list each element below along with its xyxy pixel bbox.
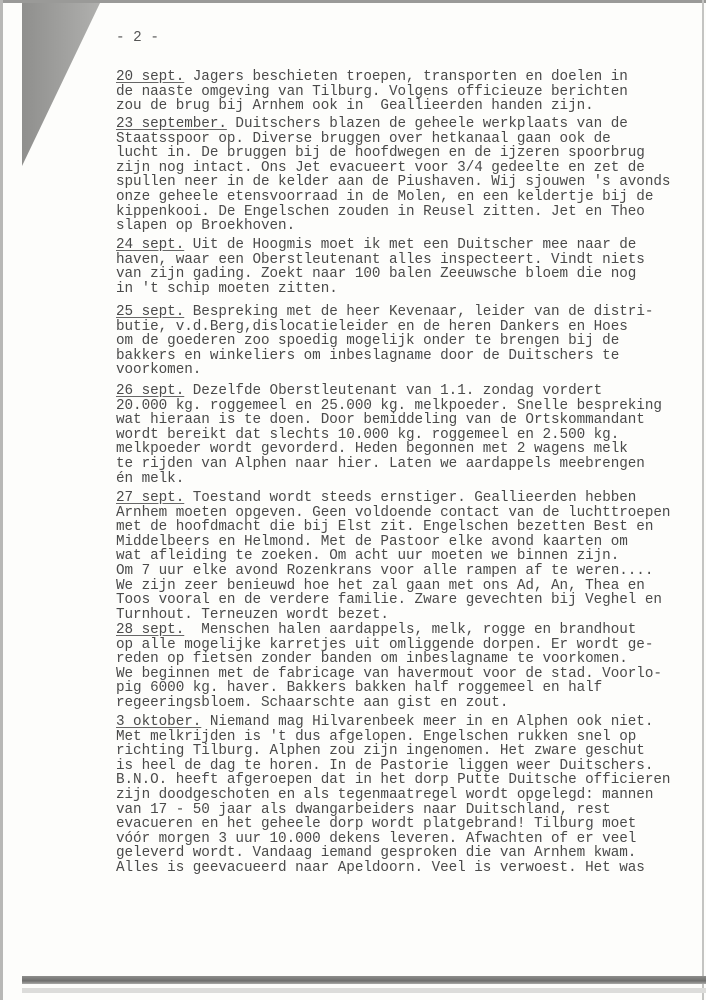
text-line: geleverd wordt. Vandaag iemand gesproken… [116,846,706,861]
entry-text: wat afleiding te zoeken. Om acht uur moe… [116,548,619,564]
scan-bottom-bar [22,976,706,984]
text-line: spullen neer in de kelder aan de Piushav… [116,175,706,190]
diary-entry: 3 oktober. Niemand mag Hilvarenbeek meer… [116,715,706,876]
text-line: Om 7 uur elke avond Rozenkrans voor alle… [116,564,706,579]
entry-text: Om 7 uur elke avond Rozenkrans voor alle… [116,563,653,579]
text-line: reden op fietsen zonder banden om inbesl… [116,652,706,667]
text-line: 27 sept. Toestand wordt steeds ernstiger… [116,491,706,506]
text-line: richting Tilburg. Alphen zou zijn ingeno… [116,744,706,759]
text-line: Met melkrijden is 't dus afgelopen. Enge… [116,730,706,745]
entry-text: regeeringsbloem. Schaarschte aan gist en… [116,695,508,711]
text-line: de naaste omgeving van Tilburg. Volgens … [116,85,706,100]
diary-entry: 23 september. Duitschers blazen de gehee… [116,117,706,234]
entry-text: bakkers en winkeliers om inbeslagname do… [116,348,619,364]
text-line: Toos vooral en de verdere familie. Zware… [116,593,706,608]
entry-text: pig 6000 kg. haver. Bakkers bakken half … [116,680,602,696]
entry-text: Staatsspoor op. Diverse bruggen over het… [116,131,611,147]
text-line: 3 oktober. Niemand mag Hilvarenbeek meer… [116,715,706,730]
entry-text: melkpoeder wordt gevorderd. Heden begonn… [116,441,628,457]
text-line: 23 september. Duitschers blazen de gehee… [116,117,706,132]
entry-text: voorkomen. [116,362,201,378]
text-line: zijn doodgeschoten en als tegenmaatregel… [116,788,706,803]
text-line: in 't schip moeten zitten. [116,282,706,297]
entry-text: om de goederen zoo spoedig mogelijk onde… [116,333,619,349]
entry-text: én melk. [116,471,184,487]
entry-text: de naaste omgeving van Tilburg. Volgens … [116,84,628,100]
text-line: melkpoeder wordt gevorderd. Heden begonn… [116,442,706,457]
text-line: slapen op Broekhoven. [116,219,706,234]
text-line: wat afleiding te zoeken. Om acht uur moe… [116,549,706,564]
text-line: Turnhout. Terneuzen wordt bezet. [116,608,706,623]
diary-entry: 24 sept. Uit de Hoogmis moet ik met een … [116,238,706,296]
text-line: 25 sept. Bespreking met de heer Kevenaar… [116,305,706,320]
text-line: We beginnen met de fabricage van havermo… [116,667,706,682]
entry-text: haven, waar een Oberstleutenant alles in… [116,252,645,268]
text-line: zou de brug bij Arnhem ook in Geallieerd… [116,99,706,114]
text-line: wat hieraan is te doen. Door bemiddeling… [116,413,706,428]
entry-text: Niemand mag Hilvarenbeek meer in en Alph… [201,714,653,730]
entry-text: B.N.O. heeft afgeroepen dat in het dorp … [116,772,670,788]
text-line: is heel de dag te horen. In de Pastorie … [116,759,706,774]
text-line: pig 6000 kg. haver. Bakkers bakken half … [116,681,706,696]
text-line: wordt bereikt dat slechts 10.000 kg. rog… [116,428,706,443]
entry-text: zijn doodgeschoten en als tegenmaatregel… [116,787,653,803]
entry-text: Duitschers blazen de geheele werkplaats … [227,116,628,132]
entry-text: op alle mogelijke karretjes uit omliggen… [116,637,653,653]
entry-text: van zijn gading. Zoekt naar 100 balen Ze… [116,266,636,282]
diary-entry: 20 sept. Jagers beschieten troepen, tran… [116,70,706,114]
text-line: regeeringsbloem. Schaarschte aan gist en… [116,696,706,711]
entry-text: lucht in. De bruggen bij de hoofdwegen e… [116,145,645,161]
entry-text: spullen neer in de kelder aan de Piushav… [116,174,670,190]
entry-text: is heel de dag te horen. In de Pastorie … [116,758,653,774]
diary-entry: 27 sept. Toestand wordt steeds ernstiger… [116,491,706,622]
page-number: - 2 - [116,30,159,46]
entry-text: wordt bereikt dat slechts 10.000 kg. rog… [116,427,619,443]
entry-date: 26 sept. [116,383,184,399]
entry-text: onze geheele etensvoorraad in de Molen, … [116,189,653,205]
scan-bottom-strip [22,988,706,993]
text-line: evacueren en het geheele dorp wordt plat… [116,817,706,832]
entry-date: 23 september. [116,116,227,132]
text-line: én melk. [116,472,706,487]
entry-text: Dezelfde Oberstleutenant van 1.1. zondag… [184,383,602,399]
text-line: vóór morgen 3 uur 10.000 dekens leveren.… [116,832,706,847]
entry-text: Jagers beschieten troepen, transporten e… [184,69,628,85]
text-line: 20 sept. Jagers beschieten troepen, tran… [116,70,706,85]
entry-text: butie, v.d.Berg,dislocatieleider en de h… [116,319,628,335]
entry-text: Turnhout. Terneuzen wordt bezet. [116,607,389,623]
entry-text: Bespreking met de heer Kevenaar, leider … [184,304,653,320]
entry-date: 28 sept. [116,622,184,638]
text-line: met de hoofdmacht die bij Elst zit. Enge… [116,520,706,535]
text-line: zijn nog intact. Ons Jet evacueert voor … [116,161,706,176]
text-line: om de goederen zoo spoedig mogelijk onde… [116,334,706,349]
entry-date: 24 sept. [116,237,184,253]
text-line: Staatsspoor op. Diverse bruggen over het… [116,132,706,147]
entry-text: slapen op Broekhoven. [116,218,295,234]
entry-text: zou de brug bij Arnhem ook in Geallieerd… [116,98,594,114]
entry-date: 27 sept. [116,490,184,506]
entry-text: evacueren en het geheele dorp wordt plat… [116,816,636,832]
entry-text: Toos vooral en de verdere familie. Zware… [116,592,662,608]
text-line: lucht in. De bruggen bij de hoofdwegen e… [116,146,706,161]
scan-left-edge [0,0,3,1000]
text-line: voorkomen. [116,363,706,378]
entry-text: reden op fietsen zonder banden om inbesl… [116,651,628,667]
text-line: van zijn gading. Zoekt naar 100 balen Ze… [116,267,706,282]
text-line: Arnhem moeten opgeven. Geen voldoende co… [116,506,706,521]
text-line: Alles is geevacueerd naar Apeldoorn. Vee… [116,861,706,876]
text-line: B.N.O. heeft afgeroepen dat in het dorp … [116,773,706,788]
entry-text: in 't schip moeten zitten. [116,281,338,297]
diary-entry: 25 sept. Bespreking met de heer Kevenaar… [116,305,706,378]
entry-text: te rijden van Alphen naar hier. Laten we… [116,456,645,472]
entry-text: Arnhem moeten opgeven. Geen voldoende co… [116,505,670,521]
text-line: butie, v.d.Berg,dislocatieleider en de h… [116,320,706,335]
text-line: 26 sept. Dezelfde Oberstleutenant van 1.… [116,384,706,399]
text-line: kippenkooi. De Engelschen zouden in Reus… [116,205,706,220]
text-line: van 17 - 50 jaar als dwangarbeiders naar… [116,803,706,818]
entry-text: geleverd wordt. Vandaag iemand gesproken… [116,845,636,861]
text-line: haven, waar een Oberstleutenant alles in… [116,253,706,268]
entry-text: Middelbeers en Helmond. Met de Pastoor e… [116,534,628,550]
diary-entry: 28 sept. Menschen halen aardappels, melk… [116,623,706,711]
entry-text: Alles is geevacueerd naar Apeldoorn. Vee… [116,860,645,876]
entry-text: Menschen halen aardappels, melk, rogge e… [184,622,636,638]
entry-text: We beginnen met de fabricage van havermo… [116,666,662,682]
text-line: bakkers en winkeliers om inbeslagname do… [116,349,706,364]
entry-text: wat hieraan is te doen. Door bemiddeling… [116,412,645,428]
entry-date: 3 oktober. [116,714,201,730]
entry-text: Met melkrijden is 't dus afgelopen. Enge… [116,729,636,745]
entry-text: 20.000 kg. roggemeel en 25.000 kg. melkp… [116,398,662,414]
text-line: Middelbeers en Helmond. Met de Pastoor e… [116,535,706,550]
entry-text: Toestand wordt steeds ernstiger. Geallie… [184,490,636,506]
text-line: onze geheele etensvoorraad in de Molen, … [116,190,706,205]
text-line: op alle mogelijke karretjes uit omliggen… [116,638,706,653]
entry-text: met de hoofdmacht die bij Elst zit. Enge… [116,519,653,535]
text-line: We zijn zeer benieuwd hoe het zal gaan m… [116,579,706,594]
text-line: 28 sept. Menschen halen aardappels, melk… [116,623,706,638]
entry-date: 25 sept. [116,304,184,320]
entry-text: vóór morgen 3 uur 10.000 dekens leveren.… [116,831,636,847]
entry-text: Uit de Hoogmis moet ik met een Duitscher… [184,237,636,253]
entry-text: van 17 - 50 jaar als dwangarbeiders naar… [116,802,611,818]
entry-text: richting Tilburg. Alphen zou zijn ingeno… [116,743,645,759]
diary-entry: 26 sept. Dezelfde Oberstleutenant van 1.… [116,384,706,486]
entry-text: We zijn zeer benieuwd hoe het zal gaan m… [116,578,645,594]
text-line: 20.000 kg. roggemeel en 25.000 kg. melkp… [116,399,706,414]
entry-text: zijn nog intact. Ons Jet evacueert voor … [116,160,645,176]
entry-date: 20 sept. [116,69,184,85]
text-line: 24 sept. Uit de Hoogmis moet ik met een … [116,238,706,253]
text-line: te rijden van Alphen naar hier. Laten we… [116,457,706,472]
scan-top-edge [0,0,706,3]
entry-text: kippenkooi. De Engelschen zouden in Reus… [116,204,645,220]
